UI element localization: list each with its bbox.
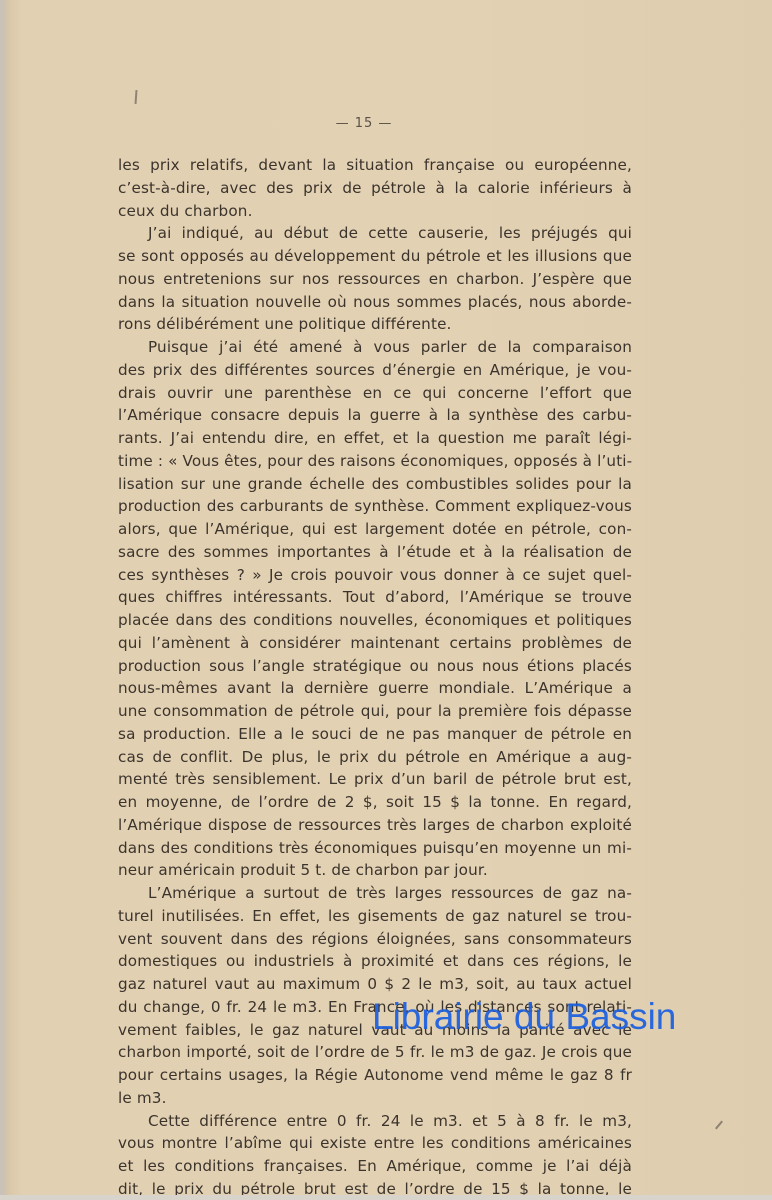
- text-line: en moyenne, de l’ordre de 2 $, soit 15 $…: [118, 791, 632, 814]
- text-line: neur américain produit 5 t. de charbon p…: [118, 859, 632, 882]
- text-line: rants. J’ai entendu dire, en effet, et l…: [118, 427, 632, 450]
- pencil-mark: [135, 90, 138, 104]
- text-line: sa production. Elle a le souci de ne pas…: [118, 723, 632, 746]
- text-line: production sous l’angle stratégique ou n…: [118, 655, 632, 678]
- paragraph: Puisque j’ai été amené à vous parler de …: [118, 336, 632, 882]
- text-line: les prix relatifs, devant la situation f…: [118, 154, 632, 177]
- text-line: sacre des sommes importantes à l’étude e…: [118, 541, 632, 564]
- text-line: cas de conflit. De plus, le prix du pétr…: [118, 746, 632, 769]
- text-line: ces synthèses ? » Je crois pouvoir vous …: [118, 564, 632, 587]
- text-line: pour certains usages, la Régie Autonome …: [118, 1064, 632, 1087]
- text-line: drais ouvrir une parenthèse en ce qui co…: [118, 382, 632, 405]
- text-line: gaz naturel vaut au maximum 0 $ 2 le m3,…: [118, 973, 632, 996]
- text-line: c’est-à-dire, avec des prix de pétrole à…: [118, 177, 632, 200]
- text-line: lisation sur une grande échelle des comb…: [118, 473, 632, 496]
- text-line: menté très sensiblement. Le prix d’un ba…: [118, 768, 632, 791]
- text-line: alors, que l’Amérique, qui est largement…: [118, 518, 632, 541]
- scanned-book-page: — 15 — les prix relatifs, devant la situ…: [0, 0, 772, 1200]
- paragraph: Cette différence entre 0 fr. 24 le m3. e…: [118, 1110, 632, 1200]
- text-line: charbon importé, soit de l’ordre de 5 fr…: [118, 1041, 632, 1064]
- text-line: turel inutilisées. En effet, les gisemen…: [118, 905, 632, 928]
- text-line: nous-mêmes avant la dernière guerre mond…: [118, 677, 632, 700]
- text-line: J’ai indiqué, au début de cette causerie…: [118, 222, 632, 245]
- text-line: et les conditions françaises. En Amériqu…: [118, 1155, 632, 1178]
- text-line: ques chiffres intéressants. Tout d’abord…: [118, 586, 632, 609]
- text-line: Cette différence entre 0 fr. 24 le m3. e…: [118, 1110, 632, 1133]
- text-line: domestiques ou industriels à proximité e…: [118, 950, 632, 973]
- text-line: placée dans des conditions nouvelles, éc…: [118, 609, 632, 632]
- text-line: l’Amérique dispose de ressources très la…: [118, 814, 632, 837]
- text-line: L’Amérique a surtout de très larges ress…: [118, 882, 632, 905]
- text-line: le m3.: [118, 1087, 632, 1110]
- text-line: vous montre l’abîme qui existe entre les…: [118, 1132, 632, 1155]
- text-line: dans des conditions très économiques pui…: [118, 837, 632, 860]
- watermark: Librairie du Bassin: [372, 996, 676, 1038]
- body-text: les prix relatifs, devant la situation f…: [118, 154, 632, 1200]
- page-number: — 15 —: [0, 116, 728, 131]
- text-line: ceux du charbon.: [118, 200, 632, 223]
- text-line: dans la situation nouvelle où nous somme…: [118, 291, 632, 314]
- pencil-mark: [715, 1121, 723, 1130]
- binding-shadow: [0, 0, 10, 1200]
- text-line: une consommation de pétrole qui, pour la…: [118, 700, 632, 723]
- text-line: Puisque j’ai été amené à vous parler de …: [118, 336, 632, 359]
- text-line: l’Amérique consacre depuis la guerre à l…: [118, 404, 632, 427]
- text-line: qui l’amènent à considérer maintenant ce…: [118, 632, 632, 655]
- text-line: nous entretenions sur nos ressources en …: [118, 268, 632, 291]
- text-line: production des carburants de synthèse. C…: [118, 495, 632, 518]
- page-bottom-edge: [0, 1195, 772, 1200]
- text-line: rons délibérément une politique différen…: [118, 313, 632, 336]
- text-line: se sont opposés au développement du pétr…: [118, 245, 632, 268]
- paragraph: les prix relatifs, devant la situation f…: [118, 154, 632, 222]
- paragraph: J’ai indiqué, au début de cette causerie…: [118, 222, 632, 336]
- text-line: time : « Vous êtes, pour des raisons éco…: [118, 450, 632, 473]
- text-line: des prix des différentes sources d’énerg…: [118, 359, 632, 382]
- text-line: vent souvent dans des régions éloignées,…: [118, 928, 632, 951]
